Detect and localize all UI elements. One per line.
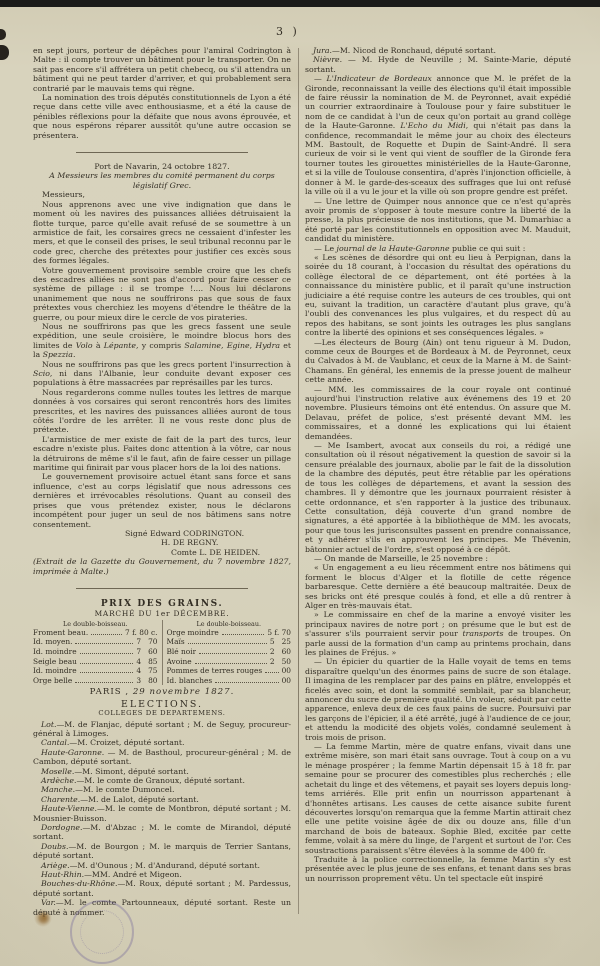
dot-leader xyxy=(91,628,122,635)
letter-address: A Messieurs les membres du comité perman… xyxy=(33,171,291,190)
paragraph-indignation: Nous apprenons avec une vive indignation… xyxy=(33,200,291,266)
paragraph-dispatch-continuation: en sept jours, porteur de dépêches pour … xyxy=(33,46,291,93)
election-entry: Var.—M. le comte Partounneaux, député so… xyxy=(33,898,291,917)
dot-leader xyxy=(80,657,133,664)
letter-dateline: Port de Navarin, 24 octobre 1827. xyxy=(33,162,291,171)
page-columns: en sept jours, porteur de dépêches pour … xyxy=(33,46,579,917)
news-commissaire-marine: » Le commissaire en chef de la marine a … xyxy=(305,610,571,657)
dot-leader xyxy=(215,676,278,683)
signature-line: Comte L. DE HEIDEN. xyxy=(171,548,291,557)
election-entry: Ariège.—M. d'Ounous ; M. d'Andurand, dép… xyxy=(33,861,291,870)
dot-leader xyxy=(80,647,134,654)
grain-table-left-half: Le double-boisseau. Froment beau.7 f. 80… xyxy=(33,620,162,686)
grain-row: Orge belle3 80 xyxy=(33,676,158,686)
news-electeurs-bourg: —Les électeurs de Bourg (Ain) ont tenu r… xyxy=(305,338,571,385)
dot-leader xyxy=(75,676,133,683)
election-entry: Haute-Garonne. — M. de Basthoul, procure… xyxy=(33,748,291,767)
paragraph-armistice: L'armistice de mer existe de fait de la … xyxy=(33,435,291,473)
source-note: (Extrait de la Gazette du Gouvernement, … xyxy=(33,557,291,576)
paper-edge-mark xyxy=(0,29,6,40)
market-date-subtitle: MARCHÉ DU 1er DÉCEMBRE. xyxy=(33,609,291,618)
unit-label: Le double-boisseau. xyxy=(167,620,292,628)
news-perpignan-desordre: « Les scènes de désordre qui ont eu lieu… xyxy=(305,253,571,338)
news-engagement-alger: « Un engagement a eu lieu récemment entr… xyxy=(305,563,571,610)
grain-prices-title: PRIX DES GRAINS. xyxy=(33,600,291,609)
dot-leader xyxy=(199,647,267,654)
column-divider xyxy=(298,48,299,914)
election-entry: Haut-Rhin.—MM. André et Migeon. xyxy=(33,870,291,879)
section-rule xyxy=(33,578,291,597)
paragraph-lyon-nomination: La nomination des trois députés constitu… xyxy=(33,93,291,140)
news-femme-martin: — La femme Martin, mère de quatre enfans… xyxy=(305,742,571,855)
signature-line: Signé Edward CODRINGTON. xyxy=(125,529,291,538)
ink-spot xyxy=(38,911,50,925)
left-column: en sept jours, porteur de dépêches pour … xyxy=(33,46,291,917)
news-lettre-quimper: — Une lettre de Quimper nous annonce que… xyxy=(305,197,571,244)
election-entry: Manche.—M. le comte Dumoncel. xyxy=(33,785,291,794)
election-entry: Ardèche.—M. le comte de Granoux, député … xyxy=(33,776,291,785)
grain-row: Orge moindre5 f. 70 xyxy=(167,628,292,638)
election-entry: Moselle.—M. Simont, député sortant. xyxy=(33,767,291,776)
election-entry: Dordogne.—M. d'Abzac ; M. le comte de Mi… xyxy=(33,823,291,842)
news-epicier-halle: — Un épicier du quartier de la Halle voy… xyxy=(305,657,571,742)
newspaper-scan-page: 3 ) en sept jours, porteur de dépêches p… xyxy=(0,0,600,966)
paragraph-insurrection: Nous ne souffrirons pas que les grecs po… xyxy=(33,360,291,388)
election-entry: Bouches-du-Rhône.—M. Roux, député sortan… xyxy=(33,879,291,898)
election-entry: Doubs.—M. de Bourgon ; M. le marquis de … xyxy=(33,842,291,861)
grain-row: Pommes de terres rouges00 xyxy=(167,666,292,676)
scan-top-edge xyxy=(0,0,600,7)
news-commissaires-cour-royale: — MM. les commissaires de la cour royale… xyxy=(305,385,571,441)
grain-row: Seigle beau4 85 xyxy=(33,657,158,667)
news-indicateur-bordeaux: — L'Indicateur de Bordeaux annonce que M… xyxy=(305,74,571,196)
unit-label: Le double-boisseau. xyxy=(33,620,158,628)
paris-dateline: PARIS , 29 novembre 1827. xyxy=(33,688,291,697)
news-femme-martin-police: Traduite à la police correctionnelle, la… xyxy=(305,855,571,883)
paper-edge-mark xyxy=(0,45,9,60)
colleges-subtitle: COLLEGES DE DEPARTEMENS. xyxy=(33,709,291,718)
elections-title: ELECTIONS. xyxy=(33,700,291,709)
grain-row: Id. moindre4 75 xyxy=(33,666,158,676)
grain-row: Id. moindre7 60 xyxy=(33,647,158,657)
dot-leader xyxy=(188,637,267,644)
signature-block: Signé Edward CODRINGTON. H. DE REGNY. Co… xyxy=(33,529,291,557)
dot-leader xyxy=(265,666,278,673)
election-entry: Cantal.—M. Croizet, député sortant. xyxy=(33,738,291,747)
paragraph-expedition-limites: Nous ne souffrirons pas que les grecs fa… xyxy=(33,322,291,360)
right-column: Jura.—M. Nicod de Ronchaud, député sorta… xyxy=(305,46,571,917)
grain-row: Froment beau.7 f. 80 c. xyxy=(33,628,158,638)
grain-row: Id. moyen.7 70 xyxy=(33,637,158,647)
grain-row: Avoine2 50 xyxy=(167,657,292,667)
election-entry: Nièvre. — M. Hyde de Neuville ; M. Saint… xyxy=(305,55,571,74)
grain-table-right-half: Le double-boisseau. Orge moindre5 f. 70 … xyxy=(162,620,292,686)
election-entry: Charente.—M. de Lalot, député sortant. xyxy=(33,795,291,804)
grain-prices-table: Le double-boisseau. Froment beau.7 f. 80… xyxy=(33,620,291,686)
dot-leader xyxy=(222,628,265,635)
paragraph-resolutions: Le gouvernement provisoire actuel étant … xyxy=(33,472,291,528)
paragraph-lettres-de-marque: Nous regarderons comme nulles toutes les… xyxy=(33,388,291,435)
dot-leader xyxy=(80,666,134,673)
grain-row: Maïs5 25 xyxy=(167,637,292,647)
grain-row: Blé noir2 60 xyxy=(167,647,292,657)
library-stamp-icon xyxy=(70,900,134,964)
election-entry: Jura.—M. Nicod de Ronchaud, député sorta… xyxy=(305,46,571,55)
news-isambert-consultation: — Me Isambert, avocat aux conseils du ro… xyxy=(305,441,571,554)
section-rule xyxy=(33,142,291,161)
paragraph-gouvernement-provisoire: Votre gouvernement provisoire semble cro… xyxy=(33,266,291,322)
news-marseille-dateline: — On mande de Marseille, le 25 novembre … xyxy=(305,554,571,563)
dot-leader xyxy=(75,637,133,644)
dot-leader xyxy=(195,657,267,664)
signature-line: H. DE REGNY. xyxy=(161,538,291,547)
election-entry: Haute-Vienne.—M. le comte de Montbron, d… xyxy=(33,804,291,823)
news-journal-haute-garonne: — Le journal de la Haute-Garonne publie … xyxy=(305,244,571,253)
grain-row: Id. blanches00 xyxy=(167,676,292,686)
page-number: 3 ) xyxy=(276,25,300,38)
letter-salutation: Messieurs, xyxy=(33,190,291,199)
election-entry: Lot.—M. de Flanjac, député sortant ; M. … xyxy=(33,720,291,739)
